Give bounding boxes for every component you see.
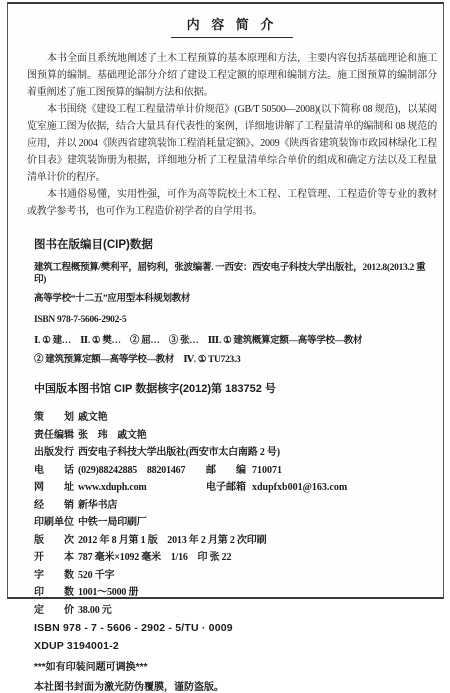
colophon-value-website: www.xduph.com [78, 482, 147, 493]
colophon-row-phone: 电 话(029)88242885 88201467 邮 编 710071 [34, 465, 437, 477]
colophon-label: 经 销 [34, 500, 78, 512]
colophon-value: 2012 年 8 月第 1 版 2013 年 2 月第 2 次印刷 [78, 535, 266, 546]
colophon-value-postcode: 710071 [252, 465, 282, 477]
colophon-value: 张 玮 戚文艳 [78, 430, 147, 441]
summary-paragraph-2: 本书围绕《建设工程工程量清单计价规范》(GB/T 50500—2008)(以下简… [27, 101, 437, 186]
colophon-row-printrun: 印 数1001～5000 册 [34, 587, 437, 599]
cip-class-line-1: Ⅰ. ① 建… Ⅱ. ① 樊… ② 屈… ③ 张… Ⅲ. ① 建筑概算定额—高等… [34, 335, 437, 347]
colophon-label: 印刷单位 [34, 517, 78, 529]
colophon-row-edition: 版 次2012 年 8 月第 1 版 2013 年 2 月第 2 次印刷 [34, 535, 437, 547]
colophon-row-price: 定 价38.00 元 [34, 605, 437, 611]
summary-title-wrap: 内 容 简 介 [27, 14, 437, 38]
summary-paragraph-3: 本书通俗易懂，实用性强，可作为高等院校土木工程、工程管理、工程造价等专业的教材或… [27, 186, 437, 220]
colophon-label: 定 价 [34, 605, 78, 611]
colophon-row-wordcount: 字 数520 千字 [34, 570, 437, 582]
cip-registry-line: 中国版本图书馆 CIP 数据核字(2012)第 183752 号 [34, 380, 437, 396]
cip-record-line-2: 高等学校“十二五”应用型本科规划教材 [34, 293, 437, 305]
colophon-row-format: 开 本787 毫米×1092 毫米 1/16 印 张 22 [34, 552, 437, 564]
colophon-row-publisher: 出版发行西安电子科技大学出版社(西安市太白南路 2 号) [34, 447, 437, 459]
colophon-label: 电 话 [34, 465, 78, 477]
colophon-value: 38.00 元 [78, 605, 112, 611]
cip-isbn-line: ISBN 978-7-5606-2902-5 [34, 314, 437, 326]
cip-class-line-2: ② 建筑预算定额—高等学校—教材 Ⅳ. ① TU723.3 [34, 354, 437, 366]
colophon-label: 策 划 [34, 412, 78, 424]
colophon-value: 新华书店 [78, 500, 117, 511]
colophon-label: 版 次 [34, 535, 78, 547]
colophon-label: 字 数 [34, 570, 78, 582]
colophon-row-distributor: 经 销新华书店 [34, 500, 437, 512]
colophon-value: 1001～5000 册 [78, 587, 138, 598]
colophon-label-postcode: 邮 编 [206, 465, 246, 477]
cip-heading: 图书在版编目(CIP)数据 [34, 236, 437, 252]
summary-paragraph-1: 本书全面且系统地阐述了土木工程预算的基本原理和方法，主要内容包括基础理论和施工图… [27, 50, 437, 101]
colophon-row-printer: 印刷单位中铁一局印刷厂 [34, 517, 437, 529]
colophon-section: 策 划戚文艳 责任编辑张 玮 戚文艳 出版发行西安电子科技大学出版社(西安市太白… [34, 412, 437, 610]
content-summary-section: 内 容 简 介 本书全面且系统地阐述了土木工程预算的基本原理和方法，主要内容包括… [27, 14, 437, 220]
colophon-value: 戚文艳 [78, 412, 107, 423]
colophon-label: 网 址 [34, 482, 78, 494]
cip-record-line-1: 建筑工程概预算/樊利平，屈钧利，张波编著. 一西安：西安电子科技大学出版社，20… [34, 262, 437, 286]
cip-section: 图书在版编目(CIP)数据 建筑工程概预算/樊利平，屈钧利，张波编著. 一西安：… [34, 236, 437, 396]
colophon-value: 520 千字 [78, 570, 114, 581]
colophon-row-website: 网 址www.xduph.com 电子邮箱 xdupfxb001@163.com [34, 482, 437, 494]
colophon-value: 西安电子科技大学出版社(西安市太白南路 2 号) [78, 447, 280, 458]
colophon-value: 中铁一局印刷厂 [78, 517, 147, 528]
colophon-label: 开 本 [34, 552, 78, 564]
colophon-label-email: 电子邮箱 [206, 482, 246, 494]
summary-title: 内 容 简 介 [171, 14, 294, 38]
colophon-row-planning: 策 划戚文艳 [34, 412, 437, 424]
summary-paragraphs: 本书全面且系统地阐述了土木工程预算的基本原理和方法，主要内容包括基础理论和施工图… [27, 50, 437, 220]
colophon-label: 出版发行 [34, 447, 78, 459]
colophon-label: 责任编辑 [34, 430, 78, 442]
page-frame: 内 容 简 介 本书全面且系统地阐述了土木工程预算的基本原理和方法，主要内容包括… [7, 2, 444, 599]
colophon-value: (029)88242885 88201467 [78, 465, 185, 476]
colophon-value-email: xdupfxb001@163.com [252, 482, 347, 494]
colophon-row-editor: 责任编辑张 玮 戚文艳 [34, 430, 437, 442]
colophon-label: 印 数 [34, 587, 78, 599]
colophon-value: 787 毫米×1092 毫米 1/16 印 张 22 [78, 552, 231, 563]
